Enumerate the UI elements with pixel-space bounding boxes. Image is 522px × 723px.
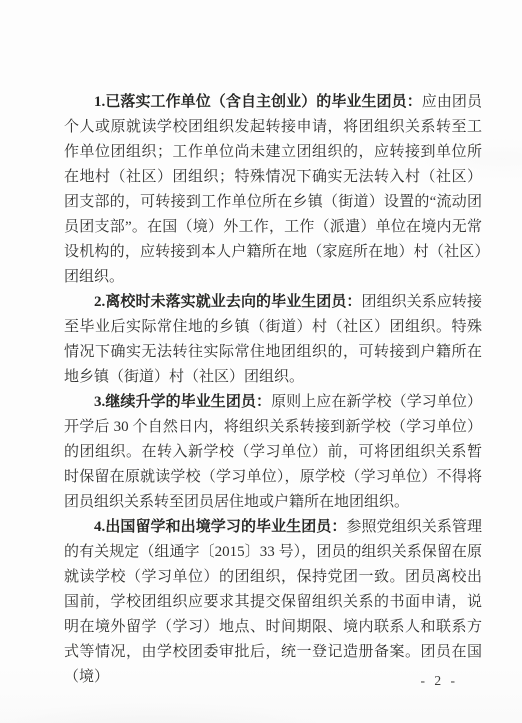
paragraph-lead: 3.继续升学的毕业生团员： bbox=[94, 394, 271, 410]
paragraph-body: 应由团员个人或原就读学校团组织发起转接申请，将团组织关系转至工作单位团组织；工作… bbox=[64, 94, 482, 285]
paragraph-lead: 4.出国留学和出境学习的毕业生团员： bbox=[94, 519, 346, 535]
paragraph-body: 参照党组织关系管理的有关规定（组通字〔2015〕33 号），团员的组织关系保留在… bbox=[64, 519, 482, 685]
paragraph: 1.已落实工作单位（含自主创业）的毕业生团员：应由团员个人或原就读学校团组织发起… bbox=[64, 90, 482, 290]
paragraph-lead: 1.已落实工作单位（含自主创业）的毕业生团员： bbox=[94, 94, 422, 110]
paragraph: 4.出国留学和出境学习的毕业生团员：参照党组织关系管理的有关规定（组通字〔201… bbox=[64, 515, 482, 690]
paragraph: 3.继续升学的毕业生团员：原则上应在新学校（学习单位）开学后 30 个自然日内，… bbox=[64, 390, 482, 515]
document-body: 1.已落实工作单位（含自主创业）的毕业生团员：应由团员个人或原就读学校团组织发起… bbox=[64, 90, 482, 690]
document-page: 1.已落实工作单位（含自主创业）的毕业生团员：应由团员个人或原就读学校团组织发起… bbox=[0, 0, 522, 723]
paragraph-body: 原则上应在新学校（学习单位）开学后 30 个自然日内，将组织关系转接到新学校（学… bbox=[64, 394, 482, 510]
page-number: - 2 - bbox=[421, 673, 459, 689]
paragraph-lead: 2.离校时未落实就业去向的毕业生团员： bbox=[94, 294, 362, 310]
paragraph: 2.离校时未落实就业去向的毕业生团员：团组织关系应转接至毕业后实际常住地的乡镇（… bbox=[64, 290, 482, 390]
